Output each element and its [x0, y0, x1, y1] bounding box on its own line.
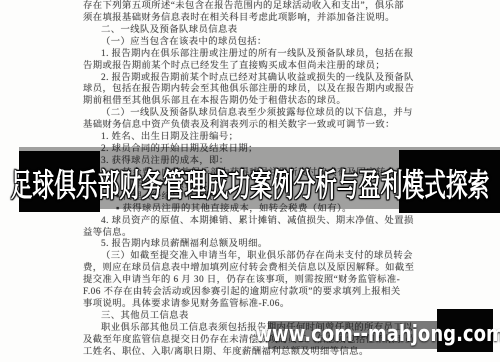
watermark-url-text: www.com--mahjong.com: [256, 322, 500, 347]
doc-line: 5. 报告期内球员薪酬福利总额及明细。: [83, 239, 439, 251]
doc-line: F.06 不存在由转会活动或因参赛引起的逾期应付款项”的要求填列上报相关: [83, 287, 439, 299]
watermark-row: www.com--mahjong.com: [268, 320, 493, 349]
doc-line: 益等信息。: [83, 228, 439, 240]
screenshot-stage: 存在下列第五项所述“未包含在报告范围内的足球活动收入和支出”，俱乐部须在填报基础…: [0, 0, 500, 362]
doc-line: 球员，包括在报告期内转会至其他俱乐部注册的球员，以及在报告期内或报告: [83, 84, 439, 96]
doc-line: 事项说明。具体要求请参见财务监管标准-F.06。: [83, 299, 439, 311]
doc-line: （一）应当包含在该表中的球员包括：: [83, 37, 439, 49]
doc-line: 告期或报告期前某个时点已经发生了直接购买成本但尚未注册的球员；: [83, 61, 439, 73]
doc-line: 期前租借至其他俱乐部且在本报告期仍处于租借状态的球员。: [83, 96, 439, 108]
doc-line: 4. 球员资产的原值、本期摊销、累计摊销、减值损失、期末净值、处置损: [83, 216, 439, 228]
doc-line: 存在下列第五项所述“未包含在报告范围内的足球活动收入和支出”，俱乐部: [83, 1, 439, 13]
doc-line: 二、一线队及预备队球员信息表: [83, 25, 439, 37]
doc-line: 1. 报告期内在俱乐部注册或注册过的所有一线队及预备队球员，包括在报: [83, 49, 439, 61]
doc-line: （三）如截至提交准入申请当年，职业俱乐部仍存在尚未支付的球员转会: [83, 251, 439, 263]
doc-line: 基础财务信息中资产负债表及利润表列示的相关数字一致或可调节一致：: [83, 120, 439, 132]
doc-line: 1. 姓名、出生日期及注册编号；: [83, 132, 439, 144]
doc-line: 提交准入申请当年的 6 月 30 日，仍存在该事项，则需按照“财务监管标准-: [83, 275, 439, 287]
doc-line: （二）一线队及预备队球员信息表至少须披露每位球员的以下信息，并与: [83, 108, 439, 120]
doc-line: 费，则应在球员信息表中增加填列应付转会费相关信息以及原因解释。如截至: [83, 263, 439, 275]
doc-line: 须在填报基础财务信息表时在相关科目考虑此项影响，并添加备注说明。: [83, 13, 439, 25]
page-title: 足球俱乐部财务管理成功案例分析与盈利模式探索: [11, 166, 490, 204]
doc-line: 2. 报告期或报告期前某个时点已经对其确认收益或损失的一线队及预备队: [83, 73, 439, 85]
headline-row: 足球俱乐部财务管理成功案例分析与盈利模式探索: [0, 166, 500, 204]
